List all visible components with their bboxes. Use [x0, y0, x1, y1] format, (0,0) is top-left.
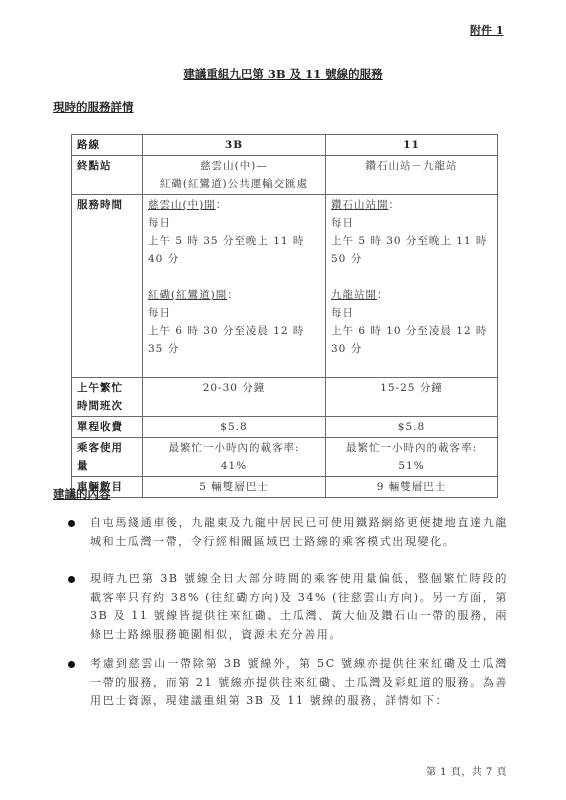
departure-point: 慈雲山(中)開: [148, 199, 216, 211]
departure-point: 紅磡(紅鸞道)開: [148, 289, 227, 301]
label-terminus: 終點站: [72, 156, 143, 195]
label-line2: 時間班次: [77, 397, 137, 415]
label-fare: 單程收費: [72, 417, 143, 438]
fleet-3b: 5 輛雙層巴士: [143, 477, 326, 498]
service-hours-11: 鑽石山站開： 每日 上午 5 時 30 分至晚上 11 時 50 分 九龍站開：…: [326, 195, 498, 378]
time-range: 上午 5 時 30 分至晚上 11 時: [331, 232, 492, 250]
time-range-cont: 30 分: [331, 340, 492, 358]
time-range-cont: 50 分: [331, 250, 492, 268]
service-details-table: 路線 3B 11 終點站 慈雲山(中)— 紅磡(紅鸞道)公共運輸交匯處 鑽石山站…: [71, 134, 498, 498]
time-range: 上午 5 時 35 分至晚上 11 時: [148, 232, 320, 250]
days: 每日: [148, 304, 320, 322]
time-range: 上午 6 時 10 分至凌晨 12 時: [331, 322, 492, 340]
proposal-heading: 建議的內容: [53, 486, 111, 502]
terminus-3b-line2: 紅磡(紅鸞道)公共運輸交匯處: [148, 175, 320, 193]
label-line2: 量: [77, 457, 137, 475]
time-range-cont: 35 分: [148, 340, 320, 358]
patronage-value: 41%: [148, 457, 320, 475]
label-line1: 上午繁忙: [77, 379, 137, 397]
annex-label: 附件 1: [470, 22, 503, 38]
colon: ：: [227, 289, 239, 301]
table-row-headway: 上午繁忙 時間班次 20-30 分鐘 15-25 分鐘: [72, 378, 498, 417]
label-headway: 上午繁忙 時間班次: [72, 378, 143, 417]
page-number: 第 1 頁，共 7 頁: [426, 763, 507, 778]
terminus-3b-line1: 慈雲山(中)—: [148, 157, 320, 175]
table-row-patronage: 乘客使用 量 最繁忙一小時內的載客率: 41% 最繁忙一小時內的載客率: 51%: [72, 438, 498, 477]
time-range: 上午 6 時 30 分至凌晨 12 時: [148, 322, 320, 340]
headway-3b: 20-30 分鐘: [143, 378, 326, 417]
bullet-text: 現時九巴第 3B 號線全日大部分時間的乘客使用量偏低，整個繁忙時段的載客率只有約…: [90, 570, 508, 644]
label-service-hours: 服務時間: [72, 195, 143, 378]
proposal-bullet: 考慮到慈雲山一帶除第 3B 號線外，第 5C 號線亦提供往來紅磡及土瓜灣一帶的服…: [68, 655, 508, 711]
terminus-3b: 慈雲山(中)— 紅磡(紅鸞道)公共運輸交匯處: [143, 156, 326, 195]
patronage-caption: 最繁忙一小時內的載客率:: [331, 439, 492, 457]
label-patronage: 乘客使用 量: [72, 438, 143, 477]
terminus-11: 鑽石山站－九龍站: [326, 156, 498, 195]
header-route: 路線: [72, 135, 143, 156]
patronage-value: 51%: [331, 457, 492, 475]
departure-point: 鑽石山站開: [331, 199, 389, 211]
days: 每日: [148, 214, 320, 232]
table-row-fleet: 車輛數目 5 輛雙層巴士 9 輛雙層巴士: [72, 477, 498, 498]
patronage-11: 最繁忙一小時內的載客率: 51%: [326, 438, 498, 477]
time-range-cont: 40 分: [148, 250, 320, 268]
departure-point: 九龍站開: [331, 289, 377, 301]
bullet-icon: [68, 576, 75, 583]
days: 每日: [331, 214, 492, 232]
table-row-route: 路線 3B 11: [72, 135, 498, 156]
days: 每日: [331, 304, 492, 322]
header-route-11: 11: [326, 135, 498, 156]
fleet-11: 9 輛雙層巴士: [326, 477, 498, 498]
label-line1: 乘客使用: [77, 439, 137, 457]
fare-3b: $5.8: [143, 417, 326, 438]
fare-11: $5.8: [326, 417, 498, 438]
colon: ：: [377, 289, 389, 301]
bullet-text: 考慮到慈雲山一帶除第 3B 號線外，第 5C 號線亦提供往來紅磡及土瓜灣一帶的服…: [90, 655, 508, 711]
proposal-bullet: 現時九巴第 3B 號線全日大部分時間的乘客使用量偏低，整個繁忙時段的載客率只有約…: [68, 570, 508, 644]
patronage-caption: 最繁忙一小時內的載客率:: [148, 439, 320, 457]
patronage-3b: 最繁忙一小時內的載客率: 41%: [143, 438, 326, 477]
current-service-heading: 現時的服務詳情: [53, 99, 134, 115]
header-route-3b: 3B: [143, 135, 326, 156]
table-row-terminus: 終點站 慈雲山(中)— 紅磡(紅鸞道)公共運輸交匯處 鑽石山站－九龍站: [72, 156, 498, 195]
headway-11: 15-25 分鐘: [326, 378, 498, 417]
bullet-icon: [68, 661, 75, 668]
service-hours-3b: 慈雲山(中)開： 每日 上午 5 時 35 分至晚上 11 時 40 分 紅磡(…: [143, 195, 326, 378]
proposal-bullet: 自屯馬綫通車後，九龍東及九龍中居民已可使用鐵路網絡更便捷地直達九龍城和土瓜灣一帶…: [68, 514, 508, 551]
colon: ：: [389, 199, 401, 211]
table-row-fare: 單程收費 $5.8 $5.8: [72, 417, 498, 438]
table-row-service-hours: 服務時間 慈雲山(中)開： 每日 上午 5 時 35 分至晚上 11 時 40 …: [72, 195, 498, 378]
colon: ：: [216, 199, 228, 211]
bullet-icon: [68, 520, 75, 527]
document-title: 建議重組九巴第 3B 及 11 號線的服務: [0, 66, 566, 82]
bullet-text: 自屯馬綫通車後，九龍東及九龍中居民已可使用鐵路網絡更便捷地直達九龍城和土瓜灣一帶…: [90, 514, 508, 551]
